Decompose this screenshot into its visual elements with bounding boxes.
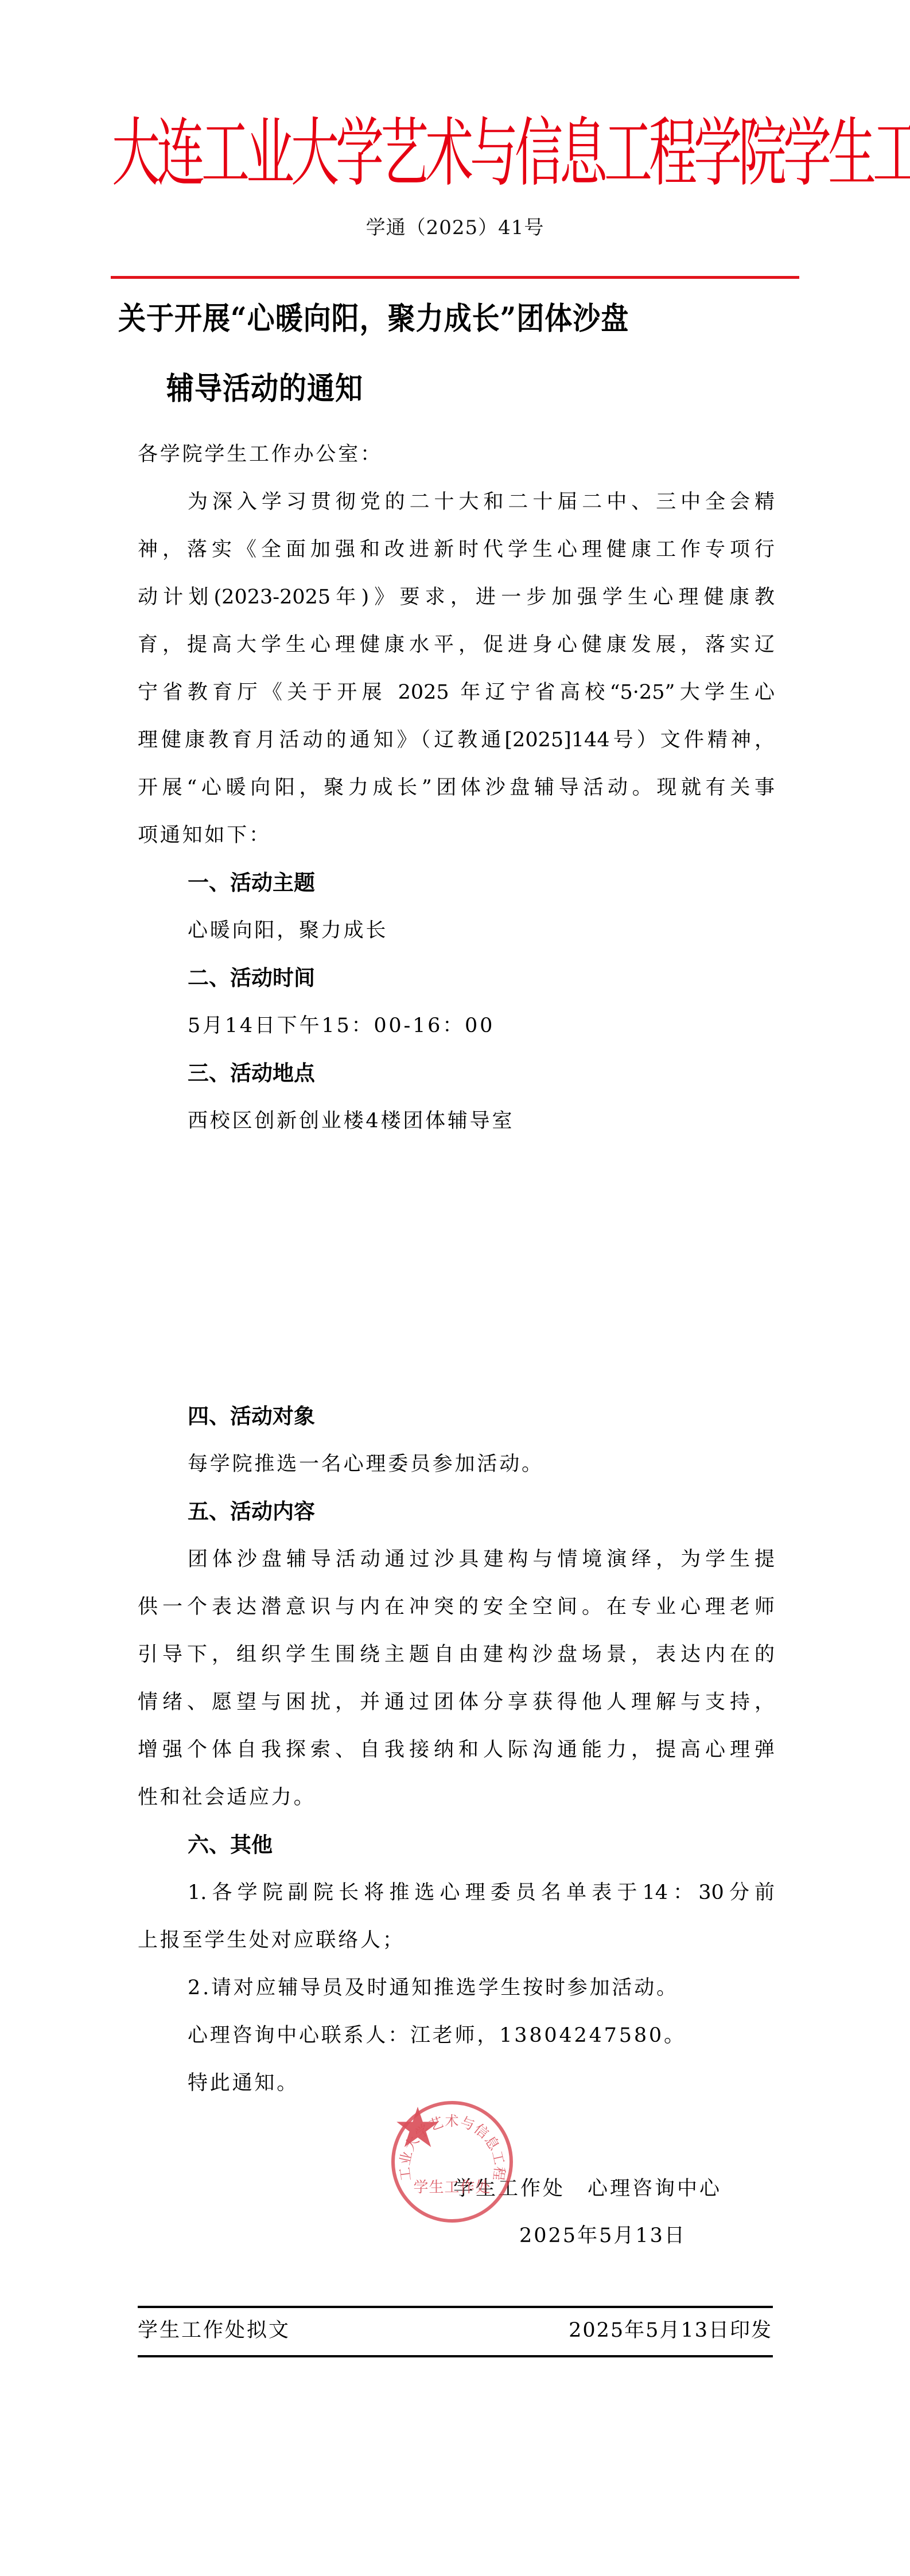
notice-title-line-2: 辅导活动的通知 [166, 369, 803, 408]
footer-drafted-by: 学生工作处拟文 [138, 2318, 290, 2343]
contact-line: 心理咨询中心联系人：江老师，13804247580。 [188, 2023, 825, 2048]
section-text-content: 供一个表达潜意识与内在冲突的安全空间。在专业心理老师 [138, 1594, 775, 1620]
section-heading-content: 五、活动内容 [188, 1499, 825, 1524]
section-text-participants: 每学院推选一名心理委员参加活动。 [188, 1452, 825, 1477]
section-text-content: 团体沙盘辅导活动通过沙具建构与情境演绎，为学生提 [188, 1547, 775, 1572]
section-text-time: 5月14日下午15：00-16：00 [188, 1013, 825, 1038]
section-text-content: 引导下，组织学生围绕主题自由建构沙盘场景，表达内在的 [138, 1642, 775, 1667]
section-heading-theme: 一、活动主题 [188, 870, 825, 896]
intro-line: 宁省教育厅《关于开展 2025 年辽宁省高校“5·25”大学生心 [138, 680, 775, 705]
salutation: 各学院学生工作办公室： [138, 442, 775, 467]
section-heading-location: 三、活动地点 [188, 1061, 825, 1086]
intro-line: 动计划(2023-2025年)》要求，进一步加强学生心理健康教 [138, 585, 775, 610]
seal-center-text: 学生工作处 [395, 2176, 510, 2197]
document-number: 学通（2025）41号 [0, 216, 910, 239]
document-page: 大连工业大学艺术与信息工程学院学生工作处 学通（2025）41号 关于开展“心暖… [0, 0, 910, 2576]
intro-line: 育，提高大学生心理健康水平，促进身心健康发展，落实辽 [138, 632, 775, 657]
section-heading-other: 六、其他 [188, 1832, 825, 1858]
footer-issued-date: 2025年5月13日印发 [569, 2318, 772, 2343]
footer-top-rule [138, 2306, 773, 2308]
intro-line: 项通知如下： [138, 823, 775, 848]
section-text-other: 2.请对应辅导员及时通知推选学生按时参加活动。 [188, 1975, 825, 2001]
intro-line: 为深入学习贯彻党的二十大和二十届二中、三中全会精 [188, 489, 775, 515]
section-text-content: 情绪、愿望与困扰，并通过团体分享获得他人理解与支持， [138, 1690, 775, 1715]
section-text-content: 性和社会适应力。 [138, 1785, 775, 1810]
star-icon [395, 2104, 441, 2150]
section-heading-participants: 四、活动对象 [188, 1404, 825, 1429]
section-text-location: 西校区创新创业楼4楼团体辅导室 [188, 1108, 825, 1134]
intro-line: 开展“心暖向阳，聚力成长”团体沙盘辅导活动。现就有关事 [138, 775, 775, 800]
official-seal: 大连工业大学艺术与信息工程学院 学生工作处 [391, 2101, 513, 2223]
intro-line: 理健康教育月活动的通知》（辽教通[2025]144号）文件精神， [138, 727, 775, 753]
closing-line: 特此通知。 [188, 2071, 825, 2096]
signature-date: 2025年5月13日 [519, 2223, 686, 2248]
section-text-other: 1.各学院副院长将推选心理委员名单表于14：30分前 [188, 1880, 775, 1905]
letterhead-org-name: 大连工业大学艺术与信息工程学院学生工作处 [112, 89, 795, 218]
letterhead-red-divider [111, 276, 799, 279]
notice-title-line-1: 关于开展“心暖向阳，聚力成长”团体沙盘 [118, 299, 755, 338]
section-heading-time: 二、活动时间 [188, 966, 825, 991]
section-text-content: 增强个体自我探索、自我接纳和人际沟通能力，提高心理弹 [138, 1737, 775, 1762]
section-text-theme: 心暖向阳，聚力成长 [188, 918, 825, 943]
section-text-other: 上报至学生处对应联络人； [138, 1928, 775, 1953]
footer-bottom-rule [138, 2355, 773, 2357]
intro-line: 神，落实《全面加强和改进新时代学生心理健康工作专项行 [138, 537, 775, 562]
